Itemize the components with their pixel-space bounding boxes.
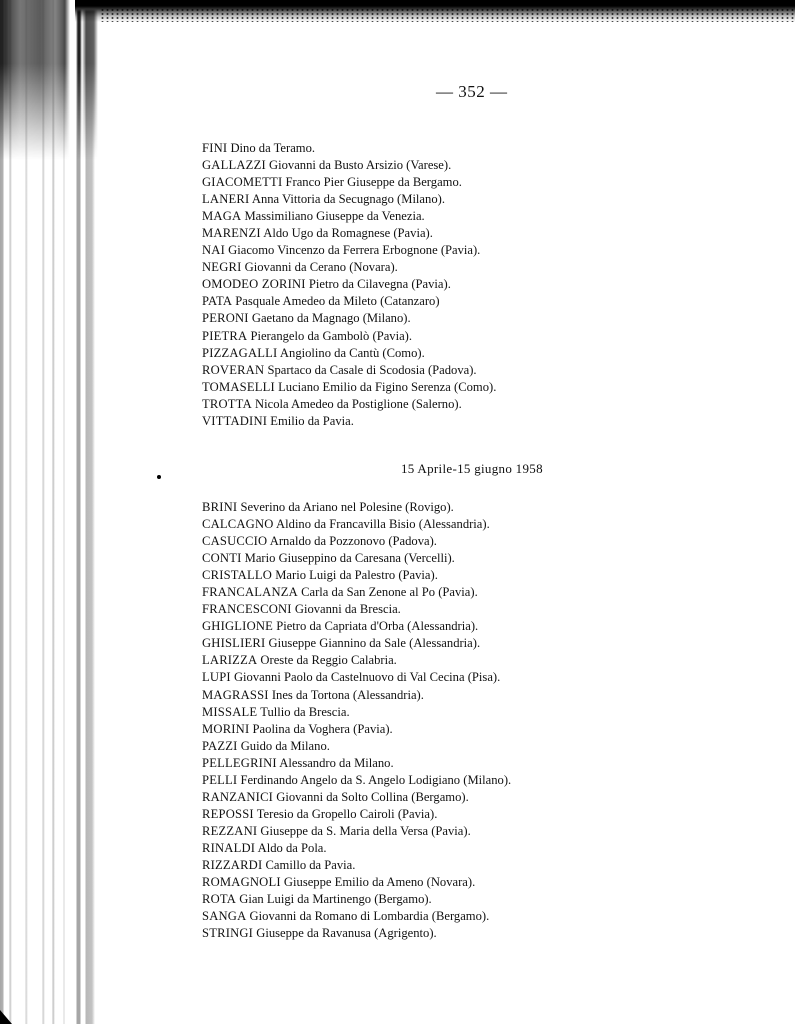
entry-details: Carla da San Zenone al Po (Pavia). xyxy=(301,585,478,599)
entry-surname: MARENZI xyxy=(202,226,261,240)
entry-details: Paolina da Voghera (Pavia). xyxy=(253,722,393,736)
name-list-section-one: FINI Dino da Teramo.GALLAZZI Giovanni da… xyxy=(202,140,496,430)
entry-surname: GIACOMETTI xyxy=(202,175,282,189)
list-entry: MARENZI Aldo Ugo da Romagnese (Pavia). xyxy=(202,225,496,242)
list-entry: PAZZI Guido da Milano. xyxy=(202,738,511,755)
list-entry: SANGA Giovanni da Romano di Lombardia (B… xyxy=(202,908,511,925)
entry-details: Pierangelo da Gambolò (Pavia). xyxy=(250,329,412,343)
list-entry: CRISTALLO Mario Luigi da Palestro (Pavia… xyxy=(202,567,511,584)
list-entry: ROVERAN Spartaco da Casale di Scodosia (… xyxy=(202,362,496,379)
entry-details: Giacomo Vincenzo da Ferrera Erbognone (P… xyxy=(228,243,480,257)
entry-details: Aldo da Pola. xyxy=(258,841,327,855)
entry-surname: OMODEO ZORINI xyxy=(202,277,306,291)
scan-speckle-top xyxy=(100,8,795,22)
entry-surname: MAGRASSI xyxy=(202,688,269,702)
corner-mark xyxy=(0,1010,12,1024)
list-entry: RIZZARDI Camillo da Pavia. xyxy=(202,857,511,874)
entry-surname: NEGRI xyxy=(202,260,241,274)
name-list-section-two: BRINI Severino da Ariano nel Polesine (R… xyxy=(202,499,511,942)
entry-surname: STRINGI xyxy=(202,926,253,940)
list-entry: STRINGI Giuseppe da Ravanusa (Agrigento)… xyxy=(202,925,511,942)
entry-details: Giovanni da Romano di Lombardia (Bergamo… xyxy=(250,909,490,923)
entry-surname: PELLEGRINI xyxy=(202,756,277,770)
entry-surname: REZZANI xyxy=(202,824,257,838)
entry-details: Pasquale Amedeo da Mileto (Catanzaro) xyxy=(235,294,439,308)
list-entry: OMODEO ZORINI Pietro da Cilavegna (Pavia… xyxy=(202,276,496,293)
entry-details: Pietro da Capriata d'Orba (Alessandria). xyxy=(276,619,478,633)
entry-surname: ROTA xyxy=(202,892,236,906)
entry-surname: SANGA xyxy=(202,909,246,923)
entry-details: Angiolino da Cantù (Como). xyxy=(280,346,425,360)
scan-border-left-top xyxy=(0,0,100,160)
entry-surname: PIETRA xyxy=(202,329,247,343)
list-entry: PELLI Ferdinando Angelo da S. Angelo Lod… xyxy=(202,772,511,789)
entry-details: Aldo Ugo da Romagnese (Pavia). xyxy=(263,226,433,240)
entry-details: Giovanni da Brescia. xyxy=(295,602,401,616)
entry-details: Giuseppe Emilio da Ameno (Novara). xyxy=(284,875,475,889)
list-entry: FRANCALANZA Carla da San Zenone al Po (P… xyxy=(202,584,511,601)
entry-surname: VITTADINI xyxy=(202,414,267,428)
entry-surname: PERONI xyxy=(202,311,249,325)
entry-details: Emilio da Pavia. xyxy=(270,414,354,428)
entry-surname: FRANCALANZA xyxy=(202,585,298,599)
entry-details: Mario Luigi da Palestro (Pavia). xyxy=(275,568,438,582)
entry-surname: NAI xyxy=(202,243,225,257)
entry-details: Giovanni da Busto Arsizio (Varese). xyxy=(269,158,451,172)
entry-details: Mario Giuseppino da Caresana (Vercelli). xyxy=(245,551,455,565)
entry-details: Camillo da Pavia. xyxy=(266,858,356,872)
list-entry: REZZANI Giuseppe da S. Maria della Versa… xyxy=(202,823,511,840)
list-entry: NAI Giacomo Vincenzo da Ferrera Erbognon… xyxy=(202,242,496,259)
entry-details: Giuseppe da Ravanusa (Agrigento). xyxy=(256,926,436,940)
entry-surname: CALCAGNO xyxy=(202,517,274,531)
entry-details: Gian Luigi da Martinengo (Bergamo). xyxy=(239,892,431,906)
entry-surname: FINI xyxy=(202,141,227,155)
list-entry: BRINI Severino da Ariano nel Polesine (R… xyxy=(202,499,511,516)
entry-surname: ROMAGNOLI xyxy=(202,875,281,889)
entry-surname: PIZZAGALLI xyxy=(202,346,277,360)
list-entry: GHISLIERI Giuseppe Giannino da Sale (Ale… xyxy=(202,635,511,652)
entry-surname: PAZZI xyxy=(202,739,238,753)
entry-surname: TROTTA xyxy=(202,397,252,411)
entry-details: Spartaco da Casale di Scodosia (Padova). xyxy=(267,363,476,377)
entry-details: Pietro da Cilavegna (Pavia). xyxy=(309,277,451,291)
entry-details: Giuseppe Giannino da Sale (Alessandria). xyxy=(269,636,481,650)
entry-details: Massimiliano Giuseppe da Venezia. xyxy=(244,209,424,223)
list-entry: PERONI Gaetano da Magnago (Milano). xyxy=(202,310,496,327)
entry-surname: GHIGLIONE xyxy=(202,619,273,633)
list-entry: MORINI Paolina da Voghera (Pavia). xyxy=(202,721,511,738)
list-entry: REPOSSI Teresio da Gropello Cairoli (Pav… xyxy=(202,806,511,823)
entry-surname: ROVERAN xyxy=(202,363,264,377)
entry-surname: LUPI xyxy=(202,670,231,684)
list-entry: CASUCCIO Arnaldo da Pozzonovo (Padova). xyxy=(202,533,511,550)
entry-details: Ines da Tortona (Alessandria). xyxy=(272,688,424,702)
entry-details: Dino da Teramo. xyxy=(230,141,315,155)
section-date-heading: 15 Aprile-15 giugno 1958 xyxy=(401,461,543,477)
list-entry: LUPI Giovanni Paolo da Castelnuovo di Va… xyxy=(202,669,511,686)
entry-surname: CRISTALLO xyxy=(202,568,272,582)
list-entry: FRANCESCONI Giovanni da Brescia. xyxy=(202,601,511,618)
list-entry: GIACOMETTI Franco Pier Giuseppe da Berga… xyxy=(202,174,496,191)
list-entry: LARIZZA Oreste da Reggio Calabria. xyxy=(202,652,511,669)
list-entry: PIZZAGALLI Angiolino da Cantù (Como). xyxy=(202,345,496,362)
list-entry: PIETRA Pierangelo da Gambolò (Pavia). xyxy=(202,328,496,345)
entry-details: Oreste da Reggio Calabria. xyxy=(260,653,396,667)
list-entry: MISSALE Tullio da Brescia. xyxy=(202,704,511,721)
list-entry: TROTTA Nicola Amedeo da Postiglione (Sal… xyxy=(202,396,496,413)
entry-surname: BRINI xyxy=(202,500,237,514)
list-entry: RANZANICI Giovanni da Solto Collina (Ber… xyxy=(202,789,511,806)
entry-surname: MAGA xyxy=(202,209,241,223)
list-entry: TOMASELLI Luciano Emilio da Figino Seren… xyxy=(202,379,496,396)
entry-surname: CONTI xyxy=(202,551,241,565)
entry-details: Giovanni Paolo da Castelnuovo di Val Cec… xyxy=(234,670,500,684)
list-entry: NEGRI Giovanni da Cerano (Novara). xyxy=(202,259,496,276)
entry-details: Gaetano da Magnago (Milano). xyxy=(252,311,411,325)
entry-details: Aldino da Francavilla Bisio (Alessandria… xyxy=(276,517,490,531)
entry-surname: MORINI xyxy=(202,722,249,736)
entry-surname: REPOSSI xyxy=(202,807,254,821)
entry-surname: PATA xyxy=(202,294,232,308)
page-number: — 352 — xyxy=(436,82,508,102)
entry-surname: CASUCCIO xyxy=(202,534,267,548)
entry-surname: RANZANICI xyxy=(202,790,273,804)
entry-surname: RIZZARDI xyxy=(202,858,262,872)
entry-details: Ferdinando Angelo da S. Angelo Lodigiano… xyxy=(240,773,511,787)
scan-dot xyxy=(157,475,161,479)
list-entry: MAGRASSI Ines da Tortona (Alessandria). xyxy=(202,687,511,704)
entry-details: Tullio da Brescia. xyxy=(260,705,349,719)
entry-surname: PELLI xyxy=(202,773,237,787)
entry-details: Nicola Amedeo da Postiglione (Salerno). xyxy=(255,397,462,411)
list-entry: CALCAGNO Aldino da Francavilla Bisio (Al… xyxy=(202,516,511,533)
list-entry: RINALDI Aldo da Pola. xyxy=(202,840,511,857)
entry-surname: GALLAZZI xyxy=(202,158,266,172)
list-entry: GHIGLIONE Pietro da Capriata d'Orba (Ale… xyxy=(202,618,511,635)
entry-details: Franco Pier Giuseppe da Bergamo. xyxy=(286,175,462,189)
entry-details: Giovanni da Solto Collina (Bergamo). xyxy=(276,790,469,804)
entry-details: Anna Vittoria da Secugnago (Milano). xyxy=(252,192,445,206)
entry-details: Guido da Milano. xyxy=(241,739,330,753)
entry-details: Giuseppe da S. Maria della Versa (Pavia)… xyxy=(260,824,470,838)
list-entry: PATA Pasquale Amedeo da Mileto (Catanzar… xyxy=(202,293,496,310)
list-entry: FINI Dino da Teramo. xyxy=(202,140,496,157)
entry-details: Severino da Ariano nel Polesine (Rovigo)… xyxy=(240,500,453,514)
entry-details: Arnaldo da Pozzonovo (Padova). xyxy=(270,534,437,548)
entry-surname: RINALDI xyxy=(202,841,255,855)
list-entry: PELLEGRINI Alessandro da Milano. xyxy=(202,755,511,772)
entry-surname: FRANCESCONI xyxy=(202,602,292,616)
list-entry: LANERI Anna Vittoria da Secugnago (Milan… xyxy=(202,191,496,208)
entry-details: Teresio da Gropello Cairoli (Pavia). xyxy=(257,807,438,821)
list-entry: CONTI Mario Giuseppino da Caresana (Verc… xyxy=(202,550,511,567)
entry-details: Luciano Emilio da Figino Serenza (Como). xyxy=(278,380,496,394)
entry-surname: GHISLIERI xyxy=(202,636,265,650)
entry-surname: LANERI xyxy=(202,192,249,206)
entry-surname: MISSALE xyxy=(202,705,257,719)
list-entry: MAGA Massimiliano Giuseppe da Venezia. xyxy=(202,208,496,225)
list-entry: GALLAZZI Giovanni da Busto Arsizio (Vare… xyxy=(202,157,496,174)
entry-details: Giovanni da Cerano (Novara). xyxy=(245,260,398,274)
list-entry: ROTA Gian Luigi da Martinengo (Bergamo). xyxy=(202,891,511,908)
list-entry: VITTADINI Emilio da Pavia. xyxy=(202,413,496,430)
entry-surname: TOMASELLI xyxy=(202,380,275,394)
list-entry: ROMAGNOLI Giuseppe Emilio da Ameno (Nova… xyxy=(202,874,511,891)
entry-surname: LARIZZA xyxy=(202,653,257,667)
entry-details: Alessandro da Milano. xyxy=(279,756,393,770)
